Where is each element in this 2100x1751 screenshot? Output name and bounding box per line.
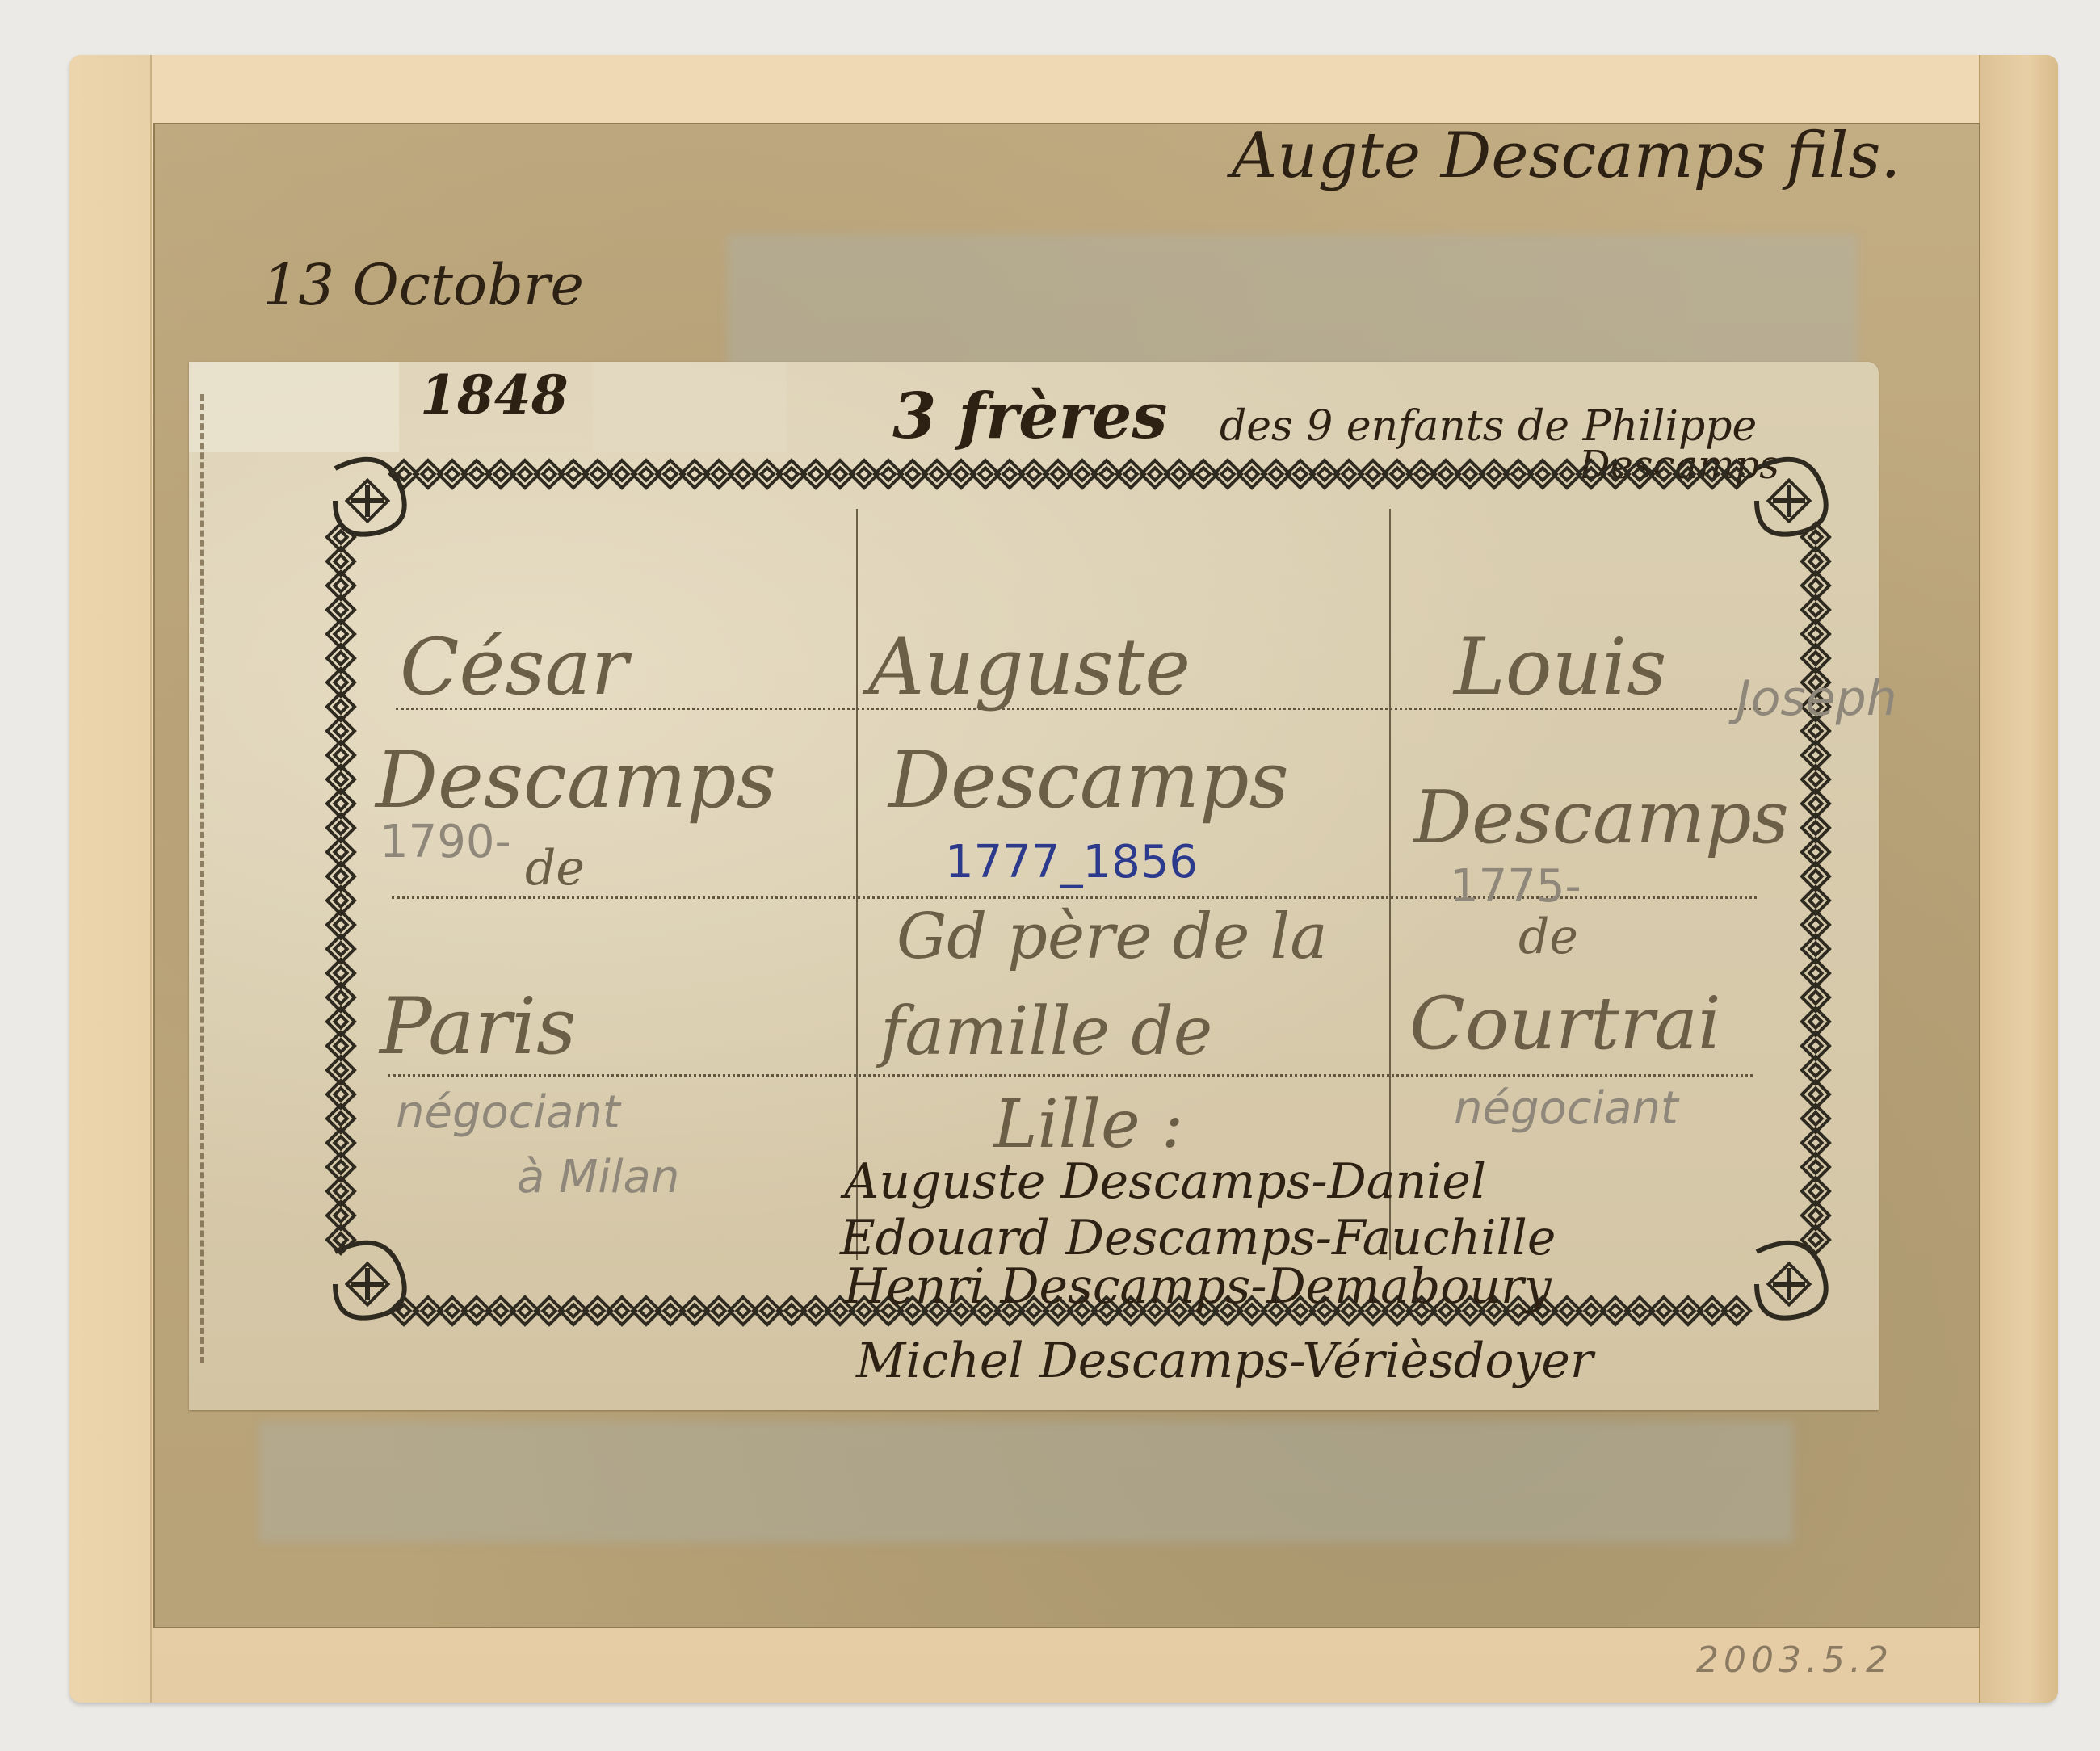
- col2-place: Lille :: [993, 1086, 1183, 1163]
- col1-first-name: César: [400, 622, 628, 712]
- col3-pencil-note-1: négociant: [1454, 1082, 1678, 1135]
- col1-surname: Descamps: [376, 735, 776, 825]
- col1-pencil-note-2: à Milan: [517, 1151, 679, 1203]
- tape-strip: [593, 362, 787, 452]
- descendant-line: Michel Descamps-Vérièsdoyer: [856, 1333, 1594, 1389]
- tape-strip: [189, 362, 399, 452]
- col3-place: Courtrai: [1409, 981, 1721, 1066]
- col2-years: 1777_1856: [945, 836, 1198, 888]
- col2-first-name: Auguste: [868, 622, 1191, 712]
- col3-first-name: Louis: [1454, 622, 1666, 712]
- descendant-line: Auguste Descamps-Daniel: [844, 1153, 1486, 1210]
- col2-note-1: Gd père de la: [897, 901, 1328, 973]
- col3-surname: Descamps: [1413, 775, 1789, 860]
- perforated-edge: [200, 394, 204, 1363]
- col3-years: 1775-: [1450, 860, 1581, 913]
- column-divider: [856, 509, 858, 1260]
- col2-surname: Descamps: [888, 735, 1289, 825]
- date-day-month: 13 Octobre: [262, 252, 584, 318]
- offset-print-ghost: [727, 234, 1858, 372]
- date-year: 1848: [420, 363, 569, 426]
- mount-left-flap: [69, 55, 152, 1703]
- card-title-main: 3 frères: [892, 380, 1167, 453]
- col3-pencil-addition: Joseph: [1737, 670, 1897, 727]
- mount-right-flap: [1979, 55, 2058, 1703]
- descendant-line: Henri Descamps-Demaboury: [844, 1258, 1552, 1315]
- col2-note-2: famille de: [880, 993, 1212, 1070]
- col1-pencil-note-1: négociant: [396, 1086, 620, 1139]
- catalog-number: 2003.5.2: [1696, 1640, 1893, 1681]
- col1-place: Paris: [380, 981, 576, 1072]
- col1-preposition: de: [525, 840, 585, 896]
- rule-line: [388, 1074, 1753, 1077]
- col3-preposition: de: [1518, 909, 1578, 965]
- header-note: Augte Descamps fils.: [1232, 120, 1900, 192]
- offset-print-ghost: [258, 1421, 1793, 1543]
- col1-years: 1790-: [380, 816, 511, 868]
- column-divider: [1389, 509, 1391, 1260]
